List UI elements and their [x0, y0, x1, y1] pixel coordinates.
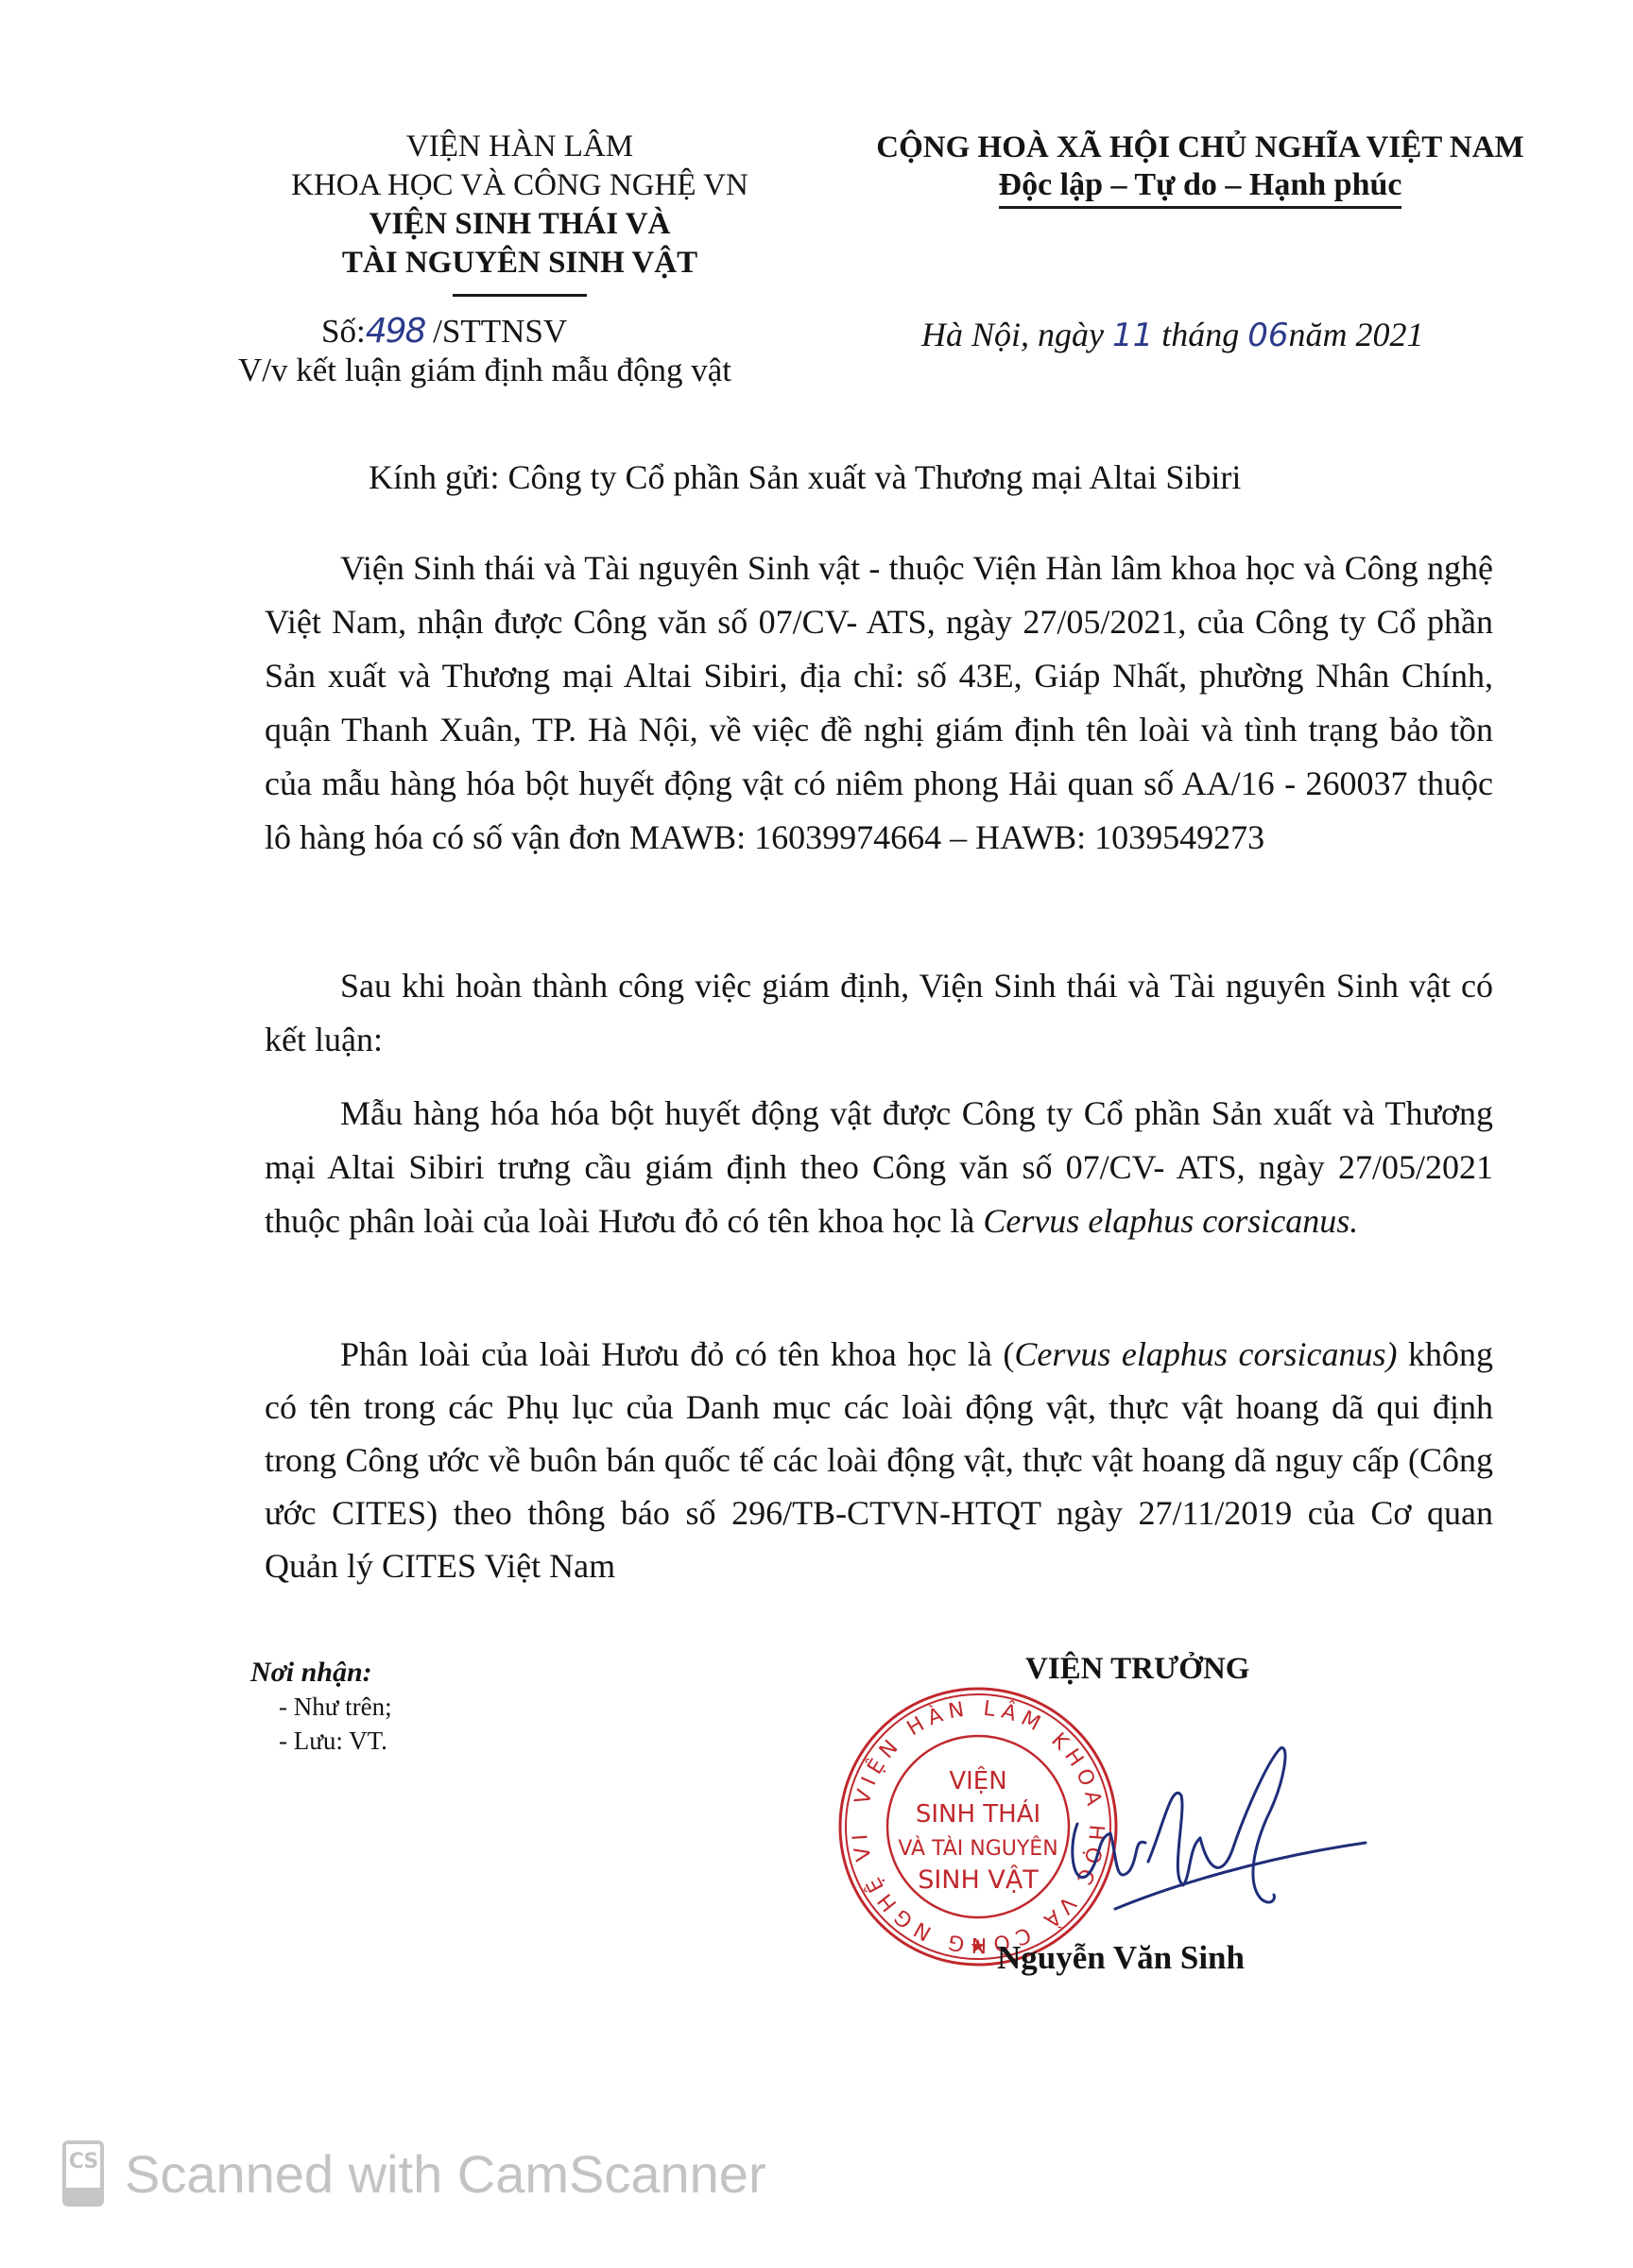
stamp-inner-line3: VÀ TÀI NGUYÊN [898, 1836, 1057, 1861]
document-number-prefix: Số: [321, 313, 366, 350]
issuing-agency-header: VIỆN HÀN LÂM KHOA HỌC VÀ CÔNG NGHỆ VN VI… [189, 128, 851, 297]
paragraph-conclusion-text: Mẫu hàng hóa hóa bột huyết động vật được… [265, 1087, 1493, 1248]
stamp-inner-line1: VIỆN [949, 1765, 1006, 1795]
recipients-block: Nơi nhận: - Như trên; - Lưu: VT. [250, 1656, 392, 1758]
date-line: Hà Nội, ngày 11 tháng 06năm 2021 [921, 315, 1424, 354]
date-month-handwritten: 06 [1247, 317, 1288, 354]
camscanner-logo-icon: CS [62, 2140, 104, 2207]
date-year: năm 2021 [1289, 316, 1424, 353]
header-divider [453, 294, 587, 297]
national-motto: Độc lập – Tự do – Hạnh phúc [999, 167, 1402, 209]
document-number-handwritten: 498 [366, 312, 425, 351]
recipient-item: - Lưu: VT. [250, 1724, 392, 1758]
national-title: CỘNG HOÀ XÃ HỘI CHỦ NGHĨA VIỆT NAM [832, 130, 1569, 165]
stamp-inner-line2: SINH THÁI [916, 1798, 1040, 1829]
recipient-item: - Như trên; [250, 1690, 392, 1724]
agency-name-line1: VIỆN SINH THÁI VÀ [189, 205, 851, 244]
star-icon: ★ [970, 1934, 987, 1957]
agency-name-line2: TÀI NGUYÊN SINH VẬT [189, 244, 851, 283]
camscanner-logo-text: CS [69, 2150, 97, 2173]
paragraph-conclusion: Mẫu hàng hóa hóa bột huyết động vật được… [265, 1087, 1493, 1248]
national-header: CỘNG HOÀ XÃ HỘI CHỦ NGHĨA VIỆT NAM Độc l… [832, 130, 1569, 209]
paragraph-request: Viện Sinh thái và Tài nguyên Sinh vật - … [265, 541, 1493, 865]
document-number: Số:498 /STTNSV [321, 312, 567, 351]
signer-title: VIỆN TRƯỞNG [1025, 1652, 1249, 1687]
camscanner-watermark: CS Scanned with CamScanner [62, 2140, 766, 2207]
paragraph-cites-status: Phân loài của loài Hươu đỏ có tên khoa h… [265, 1328, 1493, 1592]
document-number-suffix: /STTNSV [424, 313, 567, 350]
date-month-label: tháng [1153, 316, 1247, 353]
agency-parent-line2: KHOA HỌC VÀ CÔNG NGHỆ VN [189, 166, 851, 205]
species-name: Cervus elaphus corsicanus) [1014, 1335, 1397, 1373]
date-place: Hà Nội, ngày [921, 316, 1112, 353]
paragraph-request-text: Viện Sinh thái và Tài nguyên Sinh vật - … [265, 541, 1493, 865]
species-name: Cervus elaphus corsicanus. [983, 1202, 1358, 1240]
paragraph-intro-conclusion: Sau khi hoàn thành công việc giám định, … [265, 959, 1493, 1067]
paragraph-intro-conclusion-text: Sau khi hoàn thành công việc giám định, … [265, 959, 1493, 1067]
stamp-inner-line4: SINH VẬT [918, 1864, 1039, 1895]
camscanner-watermark-text: Scanned with CamScanner [125, 2143, 766, 2205]
paragraph-cites-status-text: Phân loài của loài Hươu đỏ có tên khoa h… [265, 1328, 1493, 1592]
document-subject: V/v kết luận giám định mẫu động vật [238, 352, 731, 389]
cites-text-start: Phân loài của loài Hươu đỏ có tên khoa h… [340, 1335, 1014, 1373]
date-day-handwritten: 11 [1112, 317, 1153, 354]
addressee: Kính gửi: Công ty Cổ phần Sản xuất và Th… [369, 457, 1241, 497]
handwritten-signature [1058, 1744, 1370, 1918]
recipients-title: Nơi nhận: [250, 1656, 392, 1690]
agency-parent-line1: VIỆN HÀN LÂM [189, 128, 851, 166]
signer-name: Nguyễn Văn Sinh [997, 1939, 1245, 1977]
